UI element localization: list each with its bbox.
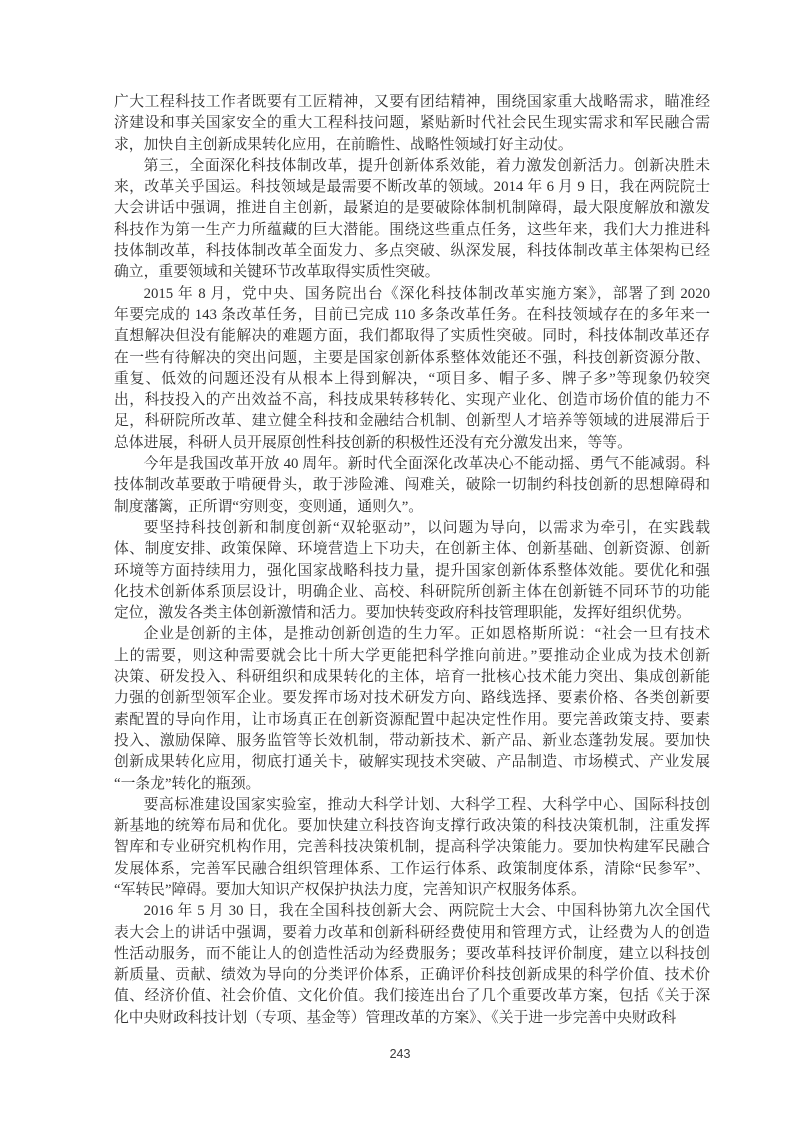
text-line: 技体制改革，科技体制改革全面发力、多点突破、纵深发展，科技体制改革主体架构已经	[114, 241, 710, 262]
text-line: 环境等方面持续用力，强化国家战略科技力量，提升国家创新体系整体效能。要优化和强	[114, 561, 710, 582]
paragraph: 要高标准建设国家实验室，推动大科学计划、大科学工程、大科学中心、国际科技创新基地…	[114, 795, 710, 901]
text-line: 新质量、贡献、绩效为导向的分类评价体系，正确评价科技创新成果的科学价值、技术价	[114, 965, 710, 986]
page-number: 243	[0, 1047, 800, 1061]
text-line: “一条龙”转化的瓶颈。	[114, 774, 710, 795]
text-line: 化技术创新体系顶层设计，明确企业、高校、科研院所创新主体在创新链不同环节的功能	[114, 582, 710, 603]
paragraph: 第三，全面深化科技体制改革，提升创新体系效能，着力激发创新活力。创新决胜未来，改…	[114, 156, 710, 284]
text-line: 定位，激发各类主体创新激情和活力。要加快转变政府科技管理职能，发挥好组织优势。	[114, 603, 710, 624]
text-line: 创新成果转化应用，彻底打通关卡，破解实现技术突破、产品制造、市场模式、产业发展	[114, 752, 710, 773]
text-line: 要高标准建设国家实验室，推动大科学计划、大科学工程、大科学中心、国际科技创	[114, 795, 710, 816]
text-line: 企业是创新的主体，是推动创新创造的生力军。正如恩格斯所说：“社会一旦有技术	[114, 624, 710, 645]
text-line: 总体进展，科研人员开展原创性科技创新的积极性还没有充分激发出来，等等。	[114, 433, 710, 454]
text-line: 来，改革关乎国运。科技领域是最需要不断改革的领域。2014 年 6 月 9 日，…	[114, 177, 710, 198]
text-line: 体、制度安排、政策保障、环境营造上下功夫，在创新主体、创新基础、创新资源、创新	[114, 539, 710, 560]
paragraph: 2015 年 8 月，党中央、国务院出台《深化科技体制改革实施方案》，部署了到 …	[114, 284, 710, 454]
text-line: 力强的创新型领军企业。要发挥市场对技术研发方向、路线选择、要素价格、各类创新要	[114, 688, 710, 709]
document-page: 广大工程科技工作者既要有工匠精神，又要有团结精神，围绕国家重大战略需求，瞄准经济…	[0, 0, 800, 1133]
text-line: 大会讲话中强调，推进自主创新，最紧迫的是要破除体制机制障碍，最大限度解放和激发	[114, 198, 710, 219]
text-body: 广大工程科技工作者既要有工匠精神，又要有团结精神，围绕国家重大战略需求，瞄准经济…	[114, 92, 710, 1029]
text-line: 决策、研发投入、科研组织和成果转化的主体，培育一批核心技术能力突出、集成创新能	[114, 667, 710, 688]
text-line: 今年是我国改革开放 40 周年。新时代全面深化改革决心不能动摇、勇气不能减弱。科	[114, 454, 710, 475]
text-line: 要坚持科技创新和制度创新“双轮驱动”，以问题为导向，以需求为牵引，在实践载	[114, 518, 710, 539]
text-line: 上的需要，则这种需要就会比十所大学更能把科学推向前进。”要推动企业成为技术创新	[114, 646, 710, 667]
text-line: 制度藩篱，正所谓“穷则变，变则通，通则久”。	[114, 497, 710, 518]
text-line: 足，科研院所改革、建立健全科技和金融结合机制、创新型人才培养等领域的进展滞后于	[114, 411, 710, 432]
paragraph: 今年是我国改革开放 40 周年。新时代全面深化改革决心不能动摇、勇气不能减弱。科…	[114, 454, 710, 518]
text-line: 直想解决但没有能解决的难题方面，我们都取得了实质性突破。同时，科技体制改革还存	[114, 326, 710, 347]
paragraph: 要坚持科技创新和制度创新“双轮驱动”，以问题为导向，以需求为牵引，在实践载体、制…	[114, 518, 710, 624]
text-line: 素配置的导向作用，让市场真正在创新资源配置中起决定性作用。要完善政策支持、要素	[114, 710, 710, 731]
text-line: 新基地的统筹布局和优化。要加快建立科技咨询支撑行政决策的科技决策机制，注重发挥	[114, 816, 710, 837]
text-line: 出，科技投入的产出效益不高，科技成果转移转化、实现产业化、创造市场价值的能力不	[114, 390, 710, 411]
text-line: 广大工程科技工作者既要有工匠精神，又要有团结精神，围绕国家重大战略需求，瞄准经	[114, 92, 710, 113]
text-line: 发展体系，完善军民融合组织管理体系、工作运行体系、政策制度体系，清除“民参军”、	[114, 859, 710, 880]
text-line: 投入、激励保障、服务监管等长效机制，带动新技术、新产品、新业态蓬勃发展。要加快	[114, 731, 710, 752]
text-line: 智库和专业研究机构作用，完善科技决策机制，提高科学决策能力。要加快构建军民融合	[114, 837, 710, 858]
text-line: 化中央财政科技计划（专项、基金等）管理改革的方案》、《关于进一步完善中央财政科	[114, 1008, 710, 1029]
text-line: 第三，全面深化科技体制改革，提升创新体系效能，着力激发创新活力。创新决胜未	[114, 156, 710, 177]
text-line: 重复、低效的问题还没有从根本上得到解决，“项目多、帽子多、牌子多”等现象仍较突	[114, 369, 710, 390]
paragraph: 广大工程科技工作者既要有工匠精神，又要有团结精神，围绕国家重大战略需求，瞄准经济…	[114, 92, 710, 156]
text-line: 值、经济价值、社会价值、文化价值。我们接连出台了几个重要改革方案，包括《关于深	[114, 986, 710, 1007]
text-line: 年要完成的 143 条改革任务，目前已完成 110 多条改革任务。在科技领域存在…	[114, 305, 710, 326]
text-line: 性活动服务，而不能让人的创造性活动为经费服务；要改革科技评价制度，建立以科技创	[114, 944, 710, 965]
text-line: 确立，重要领域和关键环节改革取得实质性突破。	[114, 262, 710, 283]
paragraph: 企业是创新的主体，是推动创新创造的生力军。正如恩格斯所说：“社会一旦有技术上的需…	[114, 624, 710, 794]
text-line: 2015 年 8 月，党中央、国务院出台《深化科技体制改革实施方案》，部署了到 …	[114, 284, 710, 305]
text-line: “军转民”障碍。要加大知识产权保护执法力度，完善知识产权服务体系。	[114, 880, 710, 901]
text-line: 济建设和事关国家安全的重大工程科技问题，紧贴新时代社会民生现实需求和军民融合需	[114, 113, 710, 134]
text-line: 2016 年 5 月 30 日，我在全国科技创新大会、两院院士大会、中国科协第九…	[114, 901, 710, 922]
text-line: 科技作为第一生产力所蕴藏的巨大潜能。围绕这些重点任务，这些年来，我们大力推进科	[114, 220, 710, 241]
text-line: 技体制改革要敢于啃硬骨头，敢于涉险滩、闯难关，破除一切制约科技创新的思想障碍和	[114, 475, 710, 496]
text-line: 在一些有待解决的突出问题，主要是国家创新体系整体效能还不强，科技创新资源分散、	[114, 348, 710, 369]
text-line: 表大会上的讲话中强调，要着力改革和创新科研经费使用和管理方式，让经费为人的创造	[114, 923, 710, 944]
paragraph: 2016 年 5 月 30 日，我在全国科技创新大会、两院院士大会、中国科协第九…	[114, 901, 710, 1029]
text-line: 求，加快自主创新成果转化应用，在前瞻性、战略性领域打好主动仗。	[114, 135, 710, 156]
